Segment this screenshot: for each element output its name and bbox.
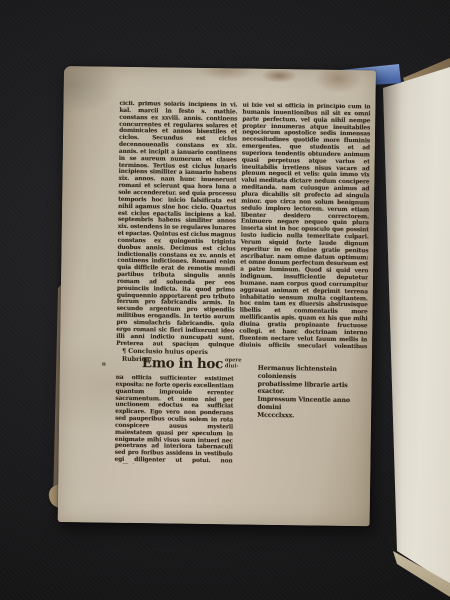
heading-large-text: Emo in hoc [142,356,223,372]
left-column-body-bottom: na officia sufficienter existimet exposi… [114,375,233,466]
heading-small-stack: opere diui- [225,358,242,369]
colophon-line: Hermanus lichtenstein coloniensis [258,365,372,382]
colophon-line: probatissime librarie artis exactor. [257,380,371,397]
heading-small-line-2: diui- [225,364,242,370]
colophon-line: Mcccclxxx. [257,412,371,421]
colophon-line: Impressum Vincentie anno domini [257,396,371,413]
left-column-body-top: cicli. primus solaris incipiens in vi. k… [116,101,237,349]
photo-scene: cicli. primus solaris incipiens in vi. k… [0,0,450,600]
right-column-body: ui lxie vel si officia in principio cum … [239,102,370,348]
printed-page: cicli. primus solaris incipiens in vi. k… [58,66,376,526]
colophon: Hermanus lichtenstein coloniensis probat… [257,365,372,421]
initial-space: n [116,356,142,374]
initial-guide-letter: n [102,362,106,368]
